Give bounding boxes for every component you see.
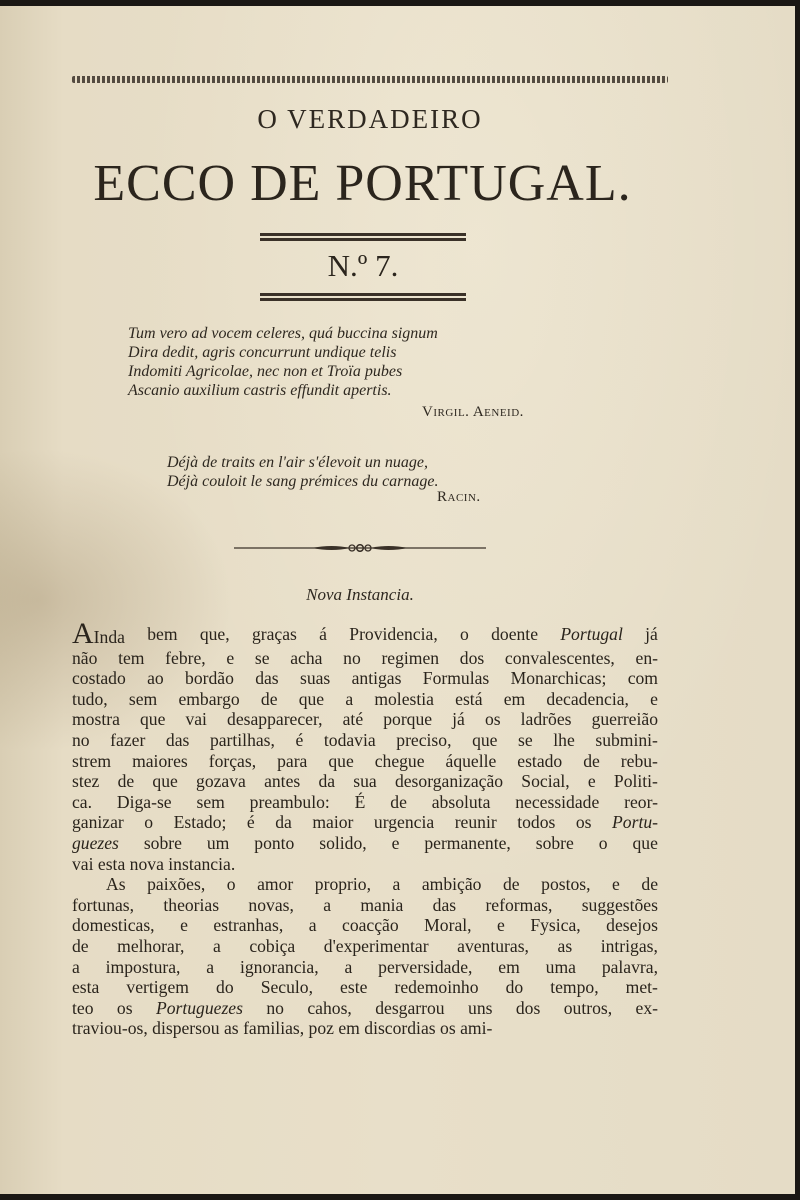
text-line: costadoaobordãodassuasantigasFormulasMon… — [72, 668, 658, 689]
section-heading: Nova Instancia. — [0, 585, 720, 605]
text-line: demelhorar,acobiçad'experimentaraventura… — [72, 936, 658, 957]
text-line: guezessobreumpontosolido,epermanente,sob… — [72, 833, 658, 854]
text-line: nãotemfebre,eseachanoregimendosconvalesc… — [72, 648, 658, 669]
text-line: stremmaioresforças,paraquechegueáquellee… — [72, 751, 658, 772]
text-line: teoosPortuguezesnocahos,desgarrouunsdoso… — [72, 998, 658, 1019]
epigraph-line: Indomiti Agricolae, nec non et Troïa pub… — [128, 362, 438, 381]
epigraph-french: Déjà de traits en l'air s'élevoit un nua… — [167, 453, 439, 491]
epigraph-line: Ascanio auxilium castris effundit aperti… — [128, 381, 438, 400]
ornament-divider-icon — [232, 544, 488, 552]
text-line: ganizaroEstado;édamaiorurgenciareunirtod… — [72, 812, 658, 833]
drop-cap: A — [72, 617, 94, 650]
masthead-title-line-2: ECCO DE PORTUGAL. — [0, 154, 725, 213]
epigraph-attribution-racine: Racin. — [437, 489, 481, 506]
epigraph-line: Tum vero ad vocem celeres, quá buccina s… — [128, 324, 438, 343]
text-line: traviou-os, dispersou as familias, poz e… — [72, 1018, 658, 1039]
text-line: estavertigemdoSeculo,esteredemoinhodotem… — [72, 977, 658, 998]
epigraph-attribution-virgil: Virgil. Aeneid. — [422, 404, 524, 421]
double-rule-bottom — [260, 293, 466, 301]
text-line: tudo,semembargodequeamolestiaestáemdecad… — [72, 689, 658, 710]
text-line: vai esta nova instancia. — [72, 854, 658, 875]
decorative-wavy-rule — [72, 76, 668, 83]
epigraph-latin: Tum vero ad vocem celeres, quá buccina s… — [128, 324, 438, 400]
text-line: nofazerdaspartilhas,étodaviapreciso,ques… — [72, 730, 658, 751]
text-line: mostraquevaidesapparecer,atéporquejáosla… — [72, 709, 658, 730]
double-rule-top — [260, 233, 466, 241]
text-line: ca.Diga-sesempreambulo:Édeabsolutanecess… — [72, 792, 658, 813]
issue-number: N.º 7. — [260, 248, 466, 284]
text-line: Aspaixões,oamorproprio,aambiçãodepostos,… — [72, 874, 658, 895]
text-line: fortunas,theoriasnovas,amaniadasreformas… — [72, 895, 658, 916]
text-line: domesticas,eestranhas,acoacçãoMoral,eFys… — [72, 915, 658, 936]
masthead-title-line-1: O VERDADEIRO — [0, 104, 740, 135]
text-line: stezdequegozavaantesdasuadesorganizaçãoS… — [72, 771, 658, 792]
text-line: aimpostura,aignorancia,aperversidade,emu… — [72, 957, 658, 978]
text-line: AIndabemque,graçasáProvidencia,odoentePo… — [72, 624, 658, 648]
article-body: AIndabemque,graçasáProvidencia,odoentePo… — [72, 624, 658, 1039]
newspaper-page: O VERDADEIRO ECCO DE PORTUGAL. N.º 7. Tu… — [0, 6, 795, 1194]
epigraph-line: Dira dedit, agris concurrunt undique tel… — [128, 343, 438, 362]
epigraph-line: Déjà de traits en l'air s'élevoit un nua… — [167, 453, 439, 472]
epigraph-line: Déjà couloit le sang prémices du carnage… — [167, 472, 439, 491]
